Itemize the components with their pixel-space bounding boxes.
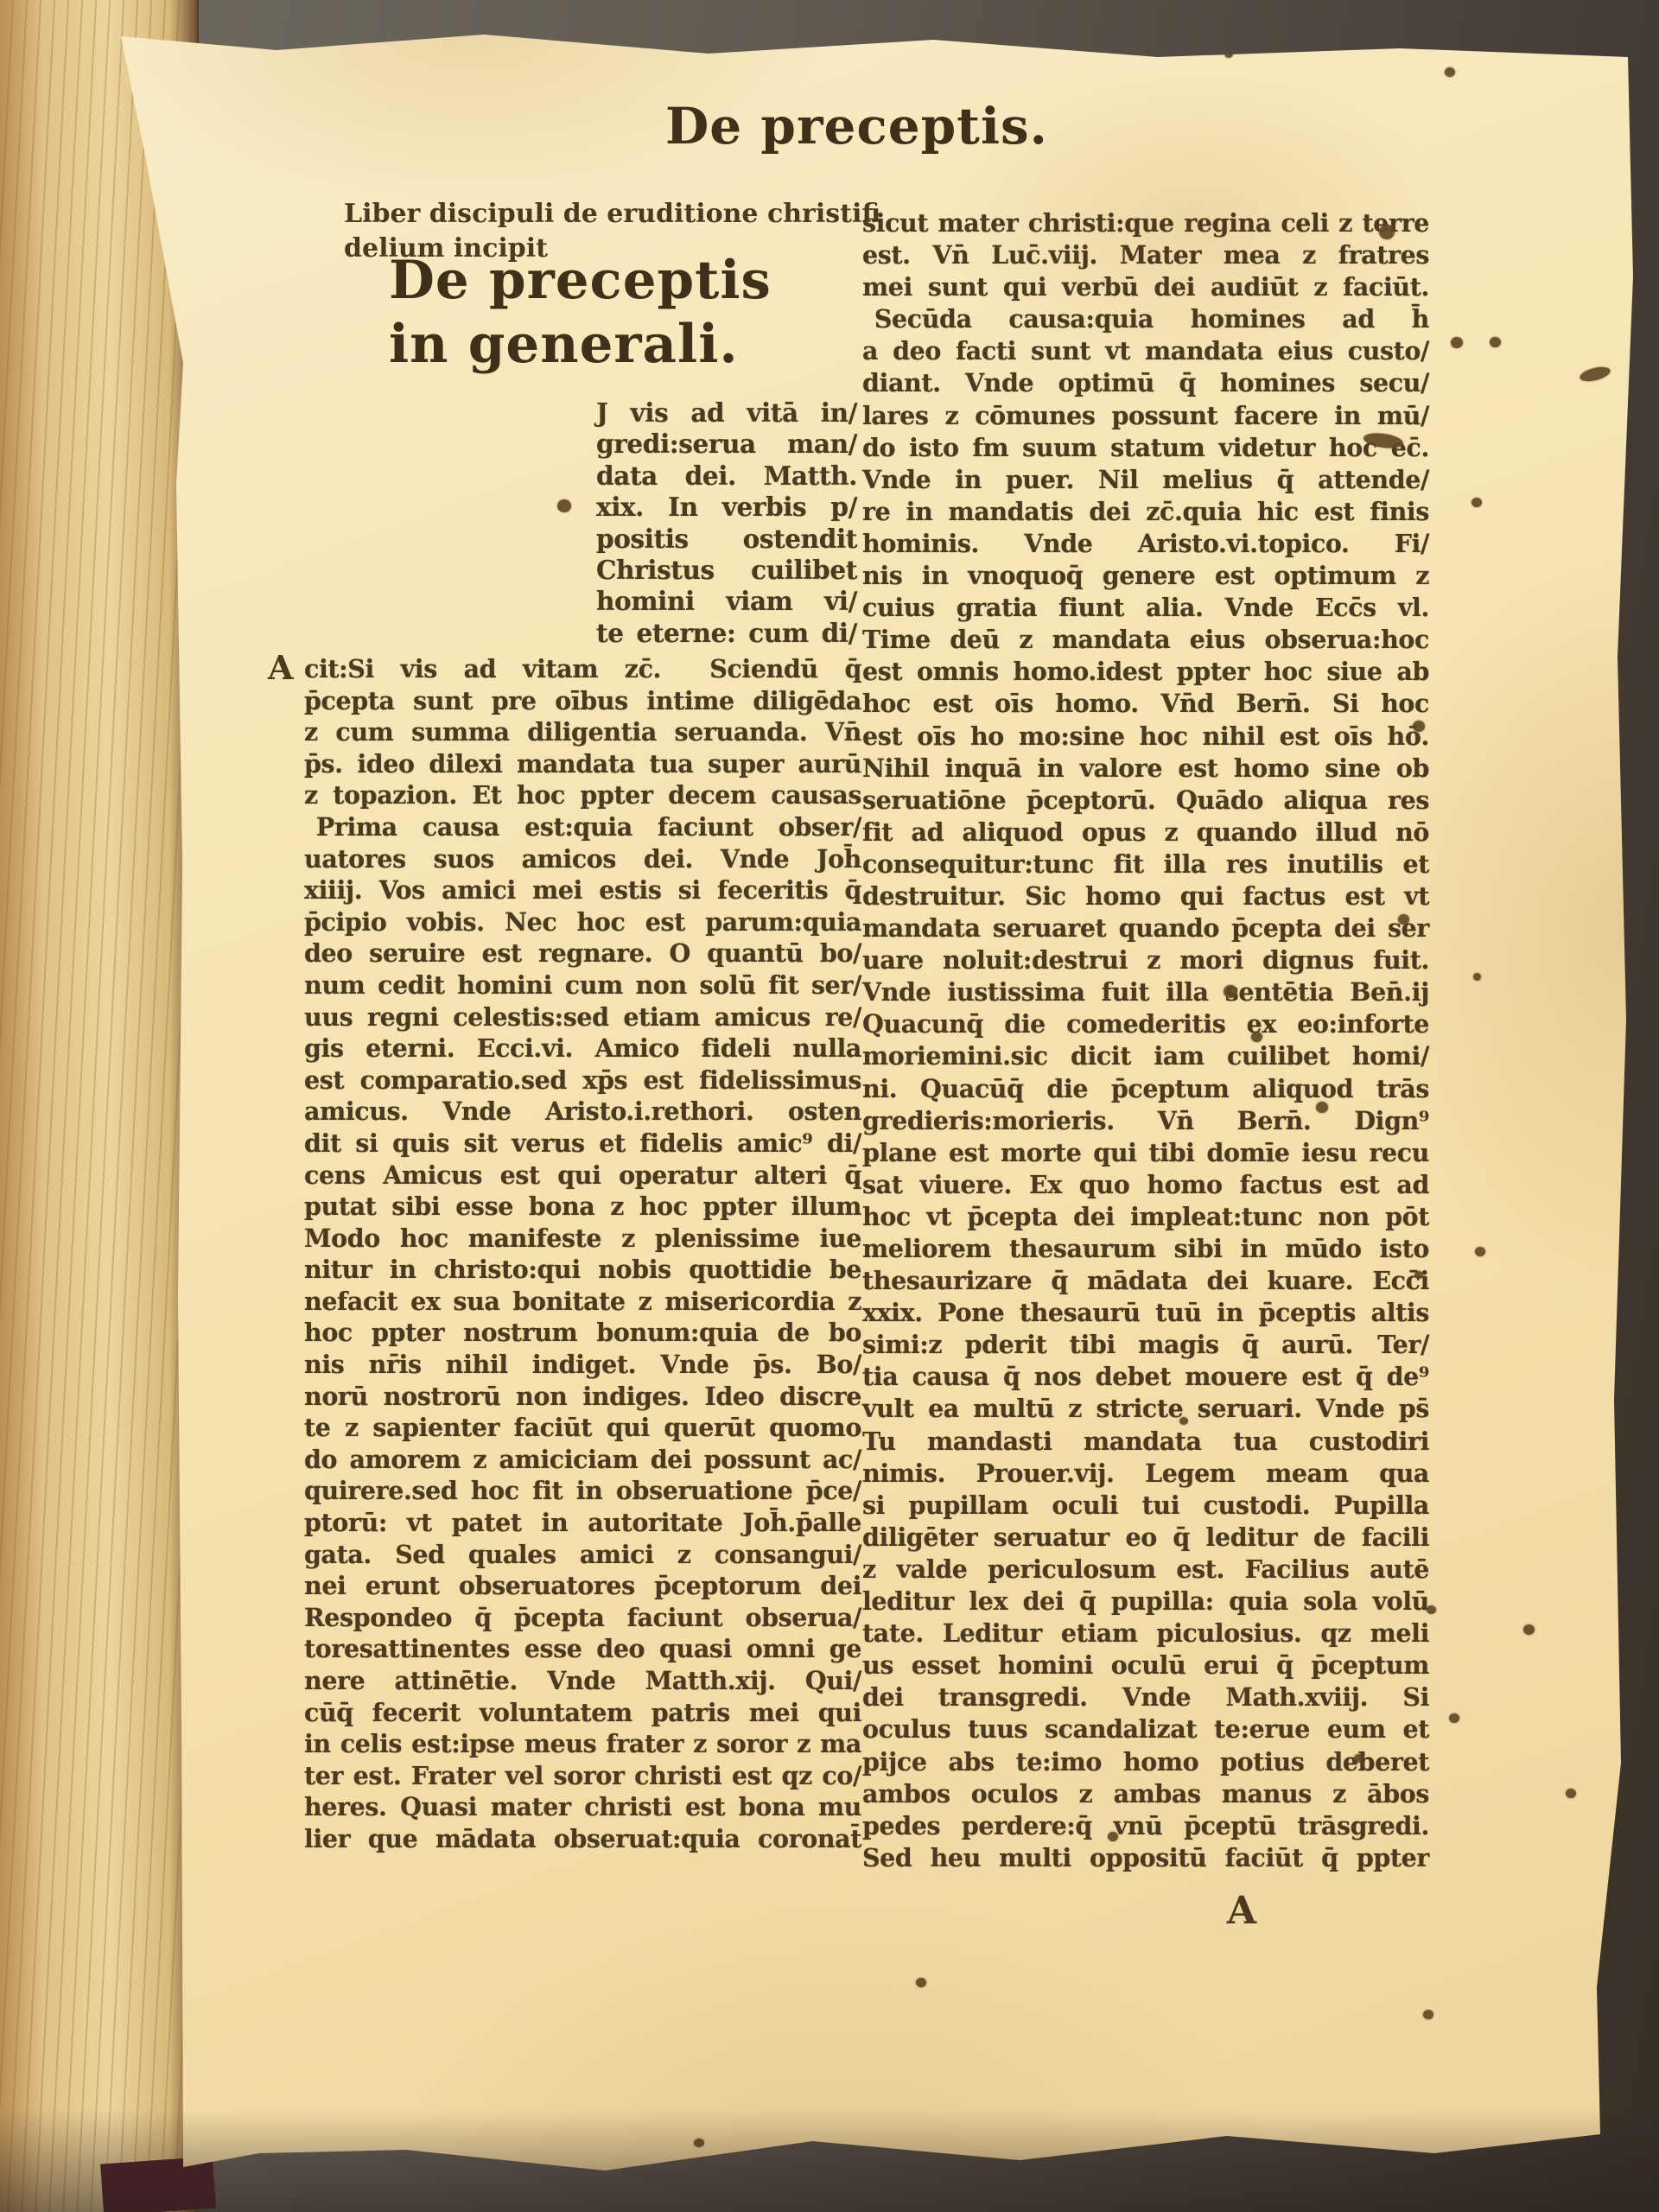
rubricator-guide-letter: A: [268, 648, 293, 687]
section-heading: De preceptis in generali.: [389, 249, 772, 377]
text-line: tate. Leditur etiam piculosius. qz meli: [862, 1618, 1429, 1649]
text-line: cūq̄ fecerit voluntatem patris mei qui: [304, 1697, 861, 1729]
wormhole-spot: [1427, 1605, 1436, 1614]
text-line: Christus cuilibet: [596, 555, 857, 586]
text-line: amicus. Vnde Aristo.i.rethori. osten: [304, 1096, 861, 1128]
text-line: pedes perdere:q̄ vnū p̄ceptū trāsgredi.: [862, 1810, 1429, 1842]
incipit-line-1: Liber discipuli de eruditione christifi: [344, 197, 880, 232]
text-line: hominis. Vnde Aristo.vi.topico. Fi/: [862, 528, 1429, 560]
wormhole-spot: [1475, 1247, 1485, 1256]
section-heading-line-2: in generali.: [389, 313, 772, 377]
text-line: num cedit homini cum non solū fit ser/: [304, 969, 861, 1001]
book-page: De preceptis. Liber discipuli de eruditi…: [0, 0, 1659, 2212]
text-line: sat viuere. Ex quo homo factus est ad: [862, 1169, 1429, 1201]
text-line: mei sunt qui verbū dei audiūt z faciūt.: [862, 271, 1429, 303]
text-line: nitur in christo:qui nobis quottidie be: [304, 1254, 861, 1286]
wormhole-spot: [1445, 67, 1455, 77]
wormhole-spot: [557, 499, 571, 512]
text-line: putat sibi esse bona z hoc ppter illum: [304, 1191, 861, 1223]
text-line: te z sapienter faciūt qui querūt quomo: [304, 1412, 861, 1444]
text-line: Nihil inquā in valore est homo sine ob: [862, 753, 1429, 785]
text-line: toresattinentes esse deo quasi omni ge: [304, 1633, 861, 1665]
text-line: z topazion. Et hoc ppter decem causas: [304, 779, 861, 811]
section-heading-line-1: De preceptis: [389, 249, 772, 313]
text-line: te eterne: cum di/: [596, 618, 857, 649]
text-line: Respondeo q̄ p̄cepta faciunt obserua/: [304, 1602, 861, 1634]
text-line: xiiij. Vos amici mei estis si feceritis …: [304, 874, 861, 906]
text-line: positis ostendit: [596, 524, 857, 555]
wormhole-spot: [1108, 1832, 1118, 1841]
wormhole-spot: [1354, 1754, 1363, 1763]
text-line: z valde periculosum est. Facilius autē: [862, 1554, 1429, 1586]
text-line: J vis ad vitā in/: [596, 397, 857, 429]
wormhole-spot: [1224, 985, 1237, 998]
text-line: oculus tuus scandalizat te:erue eum et: [862, 1713, 1429, 1745]
text-line: p̄cipio vobis. Nec hoc est parum:quia: [304, 906, 861, 938]
text-line: hoc vt p̄cepta dei impleat:tunc non pōt: [862, 1201, 1429, 1233]
text-line: us esset homini oculū erui q̄ p̄ceptum: [862, 1649, 1429, 1681]
wormhole-spot: [1473, 973, 1481, 981]
text-line: si pupillam oculi tui custodi. Pupilla: [862, 1490, 1429, 1522]
text-line: est. Vn̄ Luc̄.viij. Mater mea z fratres: [862, 239, 1429, 271]
text-line: mandata seruaret quando p̄cepta dei ser: [862, 912, 1429, 944]
right-column-text: sicut mater christi:que regina celi z te…: [862, 207, 1429, 1874]
text-line: simi:z pderit tibi magis q̄ aurū. Ter/: [862, 1329, 1429, 1361]
wormhole-spot: [694, 2139, 704, 2147]
text-line: uatores suos amicos dei. Vnde Joh̄: [304, 843, 861, 875]
text-line: thesaurizare q̄ mādata dei kuare. Ecc̄i: [862, 1265, 1429, 1297]
text-line: diligēter seruatur eo q̄ leditur de faci…: [862, 1522, 1429, 1554]
wormhole-spot: [1179, 1417, 1188, 1425]
text-line: vult ea multū z stricte seruari. Vnde ps…: [862, 1393, 1429, 1425]
text-line: diant. Vnde optimū q̄ homines secu/: [862, 367, 1429, 399]
wormhole-spot: [1523, 1624, 1535, 1635]
wormhole-spot: [1251, 1032, 1262, 1042]
text-line: gredieris:morieris. Vn̄ Bern̄. Dign⁹: [862, 1105, 1429, 1137]
text-line: meliorem thesaurum sibi in mūdo isto: [862, 1233, 1429, 1265]
text-line: Time deū z mandata eius obserua:hoc: [862, 624, 1429, 656]
text-line: est oīs ho mo:sine hoc nihil est oīs hō.: [862, 721, 1429, 753]
wormhole-spot: [1224, 50, 1233, 58]
text-line: Secūda causa:quia homines ad h̄: [862, 303, 1429, 335]
text-line: Vnde in puer. Nil melius q̄ attende/: [862, 464, 1429, 496]
wormhole-spot: [1423, 2010, 1433, 2019]
quire-signature-mark: A: [1227, 1889, 1256, 1933]
text-line: nere attinētie. Vnde Matth.xij. Qui/: [304, 1665, 861, 1697]
text-line: p̄s. ideo dilexi mandata tua super aurū: [304, 748, 861, 780]
text-line: dei transgredi. Vnde Math.xviij. Si: [862, 1681, 1429, 1713]
text-line: gata. Sed quales amici z consangui/: [304, 1539, 861, 1571]
text-line: moriemini.sic dicit iam cuilibet homi/: [862, 1040, 1429, 1072]
text-line: Prima causa est:quia faciunt obser/: [304, 811, 861, 843]
text-line: tia causa q̄ nos debet mouere est q̄ de⁹: [862, 1361, 1429, 1393]
text-line: leditur lex dei q̄ pupilla: quia sola vo…: [862, 1586, 1429, 1618]
intro-text-block: J vis ad vitā in/gredi:serua man/data de…: [596, 397, 857, 649]
text-line: z cum summa diligentia seruanda. Vn̄: [304, 716, 861, 748]
text-line: nei erunt obseruatores p̄ceptorum dei: [304, 1570, 861, 1602]
text-line: nefacit ex sua bonitate z misericordia z: [304, 1286, 861, 1318]
text-line: in celis est:ipse meus frater z soror z …: [304, 1728, 861, 1760]
text-line: pijce abs te:imo homo potius deberet: [862, 1746, 1429, 1778]
text-line: Vnde iustissima fuit illa sentētia Ben̄.…: [862, 976, 1429, 1008]
text-line: cens Amicus est qui operatur alteri q̄: [304, 1160, 861, 1192]
text-line: norū nostrorū non indiges. Ideo discre: [304, 1381, 861, 1413]
text-line: ambos oculos z ambas manus z ābos: [862, 1778, 1429, 1810]
text-line: p̄cepta sunt pre oībus intime diligēda: [304, 685, 861, 717]
wormhole-spot: [1316, 1102, 1328, 1113]
book-cover-edge: [100, 2157, 216, 2212]
wormhole-spot: [1379, 225, 1395, 239]
wormhole-spot: [1490, 337, 1501, 347]
text-line: hoc ppter nostrum bonum:quia de bo: [304, 1317, 861, 1349]
text-line: ptorū: vt patet in autoritate Joh̄.p̄all…: [304, 1507, 861, 1539]
wormhole-spot: [1451, 337, 1463, 348]
text-line: lares z cōmunes possunt facere in mū/: [862, 400, 1429, 432]
text-line: cuius gratia fiunt alia. Vnde Ecc̄s vl.: [862, 592, 1429, 624]
text-line: nimis. Prouer.vij. Legem meam qua: [862, 1458, 1429, 1490]
text-line: plane est morte qui tibi domīe iesu recu: [862, 1137, 1429, 1169]
text-line: est omnis homo.idest ppter hoc siue ab: [862, 656, 1429, 688]
text-line: quirere.sed hoc fit in obseruatione p̄ce…: [304, 1475, 861, 1507]
text-line: sicut mater christi:que regina celi z te…: [862, 207, 1429, 239]
text-line: dit si quis sit verus et fidelis amic⁹ d…: [304, 1128, 861, 1160]
text-line: ni. Quacūq̄ die p̄ceptum aliquod trās: [862, 1073, 1429, 1105]
text-line: heres. Quasi mater christi est bona mu: [304, 1791, 861, 1823]
running-title: De preceptis.: [665, 97, 1048, 156]
text-line: re in mandatis dei zc̄.quia hic est fini…: [862, 496, 1429, 528]
text-line: xix. In verbis p/: [596, 492, 857, 523]
text-line: gredi:serua man/: [596, 429, 857, 460]
wormhole-spot: [1449, 1713, 1459, 1723]
text-line: est comparatio.sed xp̄s est fidelissimus: [304, 1065, 861, 1096]
photograph-background: De preceptis. Liber discipuli de eruditi…: [0, 0, 1659, 2212]
text-line: lier que mādata obseruat:quia coronat̄: [304, 1823, 861, 1855]
wormhole-spot: [1414, 1271, 1423, 1279]
text-line: Modo hoc manifeste z plenissime iue: [304, 1223, 861, 1255]
text-line: consequitur:tunc fit illa res inutilis e…: [862, 849, 1429, 880]
text-line: do amorem z amiciciam dei possunt ac/: [304, 1444, 861, 1476]
text-line: Sed heu multi oppositū faciūt q̄ ppter: [862, 1842, 1429, 1874]
text-line: a deo facti sunt vt mandata eius custo/: [862, 335, 1429, 367]
text-line: seruatiōne p̄ceptorū. Quādo aliqua res: [862, 785, 1429, 817]
wormhole-spot: [1471, 498, 1482, 507]
text-line: uus regni celestis:sed etiam amicus re/: [304, 1001, 861, 1033]
wormhole-spot: [1566, 1789, 1576, 1798]
text-line: xxix. Pone thesaurū tuū in p̄ceptis alti…: [862, 1297, 1429, 1329]
text-line: do isto fm suum statum videtur hoc ec̄.: [862, 432, 1429, 464]
text-line: destruitur. Sic homo qui factus est vt: [862, 880, 1429, 912]
text-line: Tu mandasti mandata tua custodiri: [862, 1426, 1429, 1458]
wormhole-spot: [916, 1978, 926, 1987]
book-page-edges: [0, 0, 199, 2212]
wormhole-spot: [1579, 365, 1611, 384]
text-line: fit ad aliquod opus z quando illud nō: [862, 817, 1429, 849]
text-line: uare noluit:destrui z mori dignus fuit.: [862, 944, 1429, 976]
text-line: nis in vnoquoq̄ genere est optimum z: [862, 560, 1429, 592]
text-line: cit:Si vis ad vitam zc̄. Sciendū q̄: [304, 653, 861, 685]
text-line: ter est. Frater vel soror christi est qz…: [304, 1760, 861, 1792]
text-line: nis nr̄is nihil indiget. Vnde p̄s. Bo/: [304, 1349, 861, 1381]
wormhole-spot: [1398, 914, 1409, 925]
text-line: homini viam vi/: [596, 586, 857, 617]
wormhole-spot: [1413, 721, 1425, 732]
text-line: gis eterni. Ecci.vi. Amico fideli nulla: [304, 1033, 861, 1065]
text-line: hoc est oīs homo. Vn̄d Bern̄. Si hoc: [862, 688, 1429, 720]
text-line: data dei. Matth.: [596, 461, 857, 492]
text-line: deo seruire est regnare. O quantū bo/: [304, 938, 861, 969]
text-line: Quacunq̄ die comederitis ex eo:inforte: [862, 1008, 1429, 1040]
left-column-text: cit:Si vis ad vitam zc̄. Sciendū q̄p̄cep…: [304, 653, 861, 1855]
